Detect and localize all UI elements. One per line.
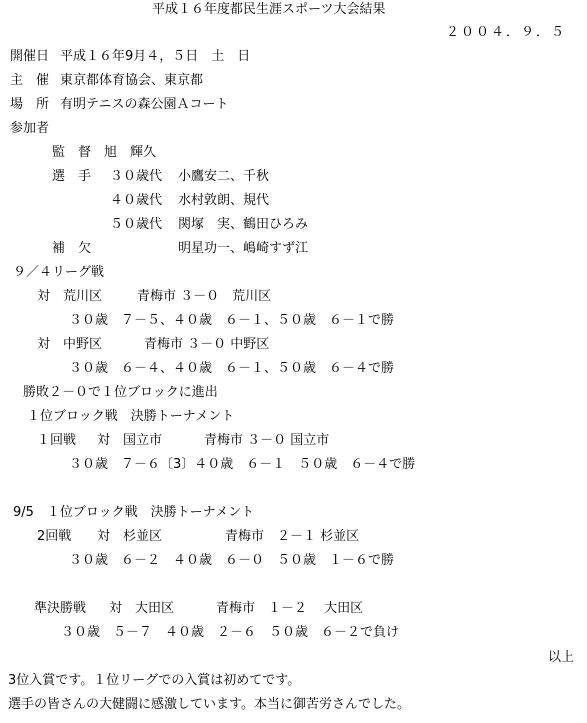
match-detail: ３０歳 ６－４、４０歳 ６－１、５０歳 ６－４で勝: [69, 361, 394, 377]
day1-heading: ９／４リーグ戦: [13, 265, 104, 281]
participant-age: ５０歳代: [110, 217, 162, 233]
match-vs: 対 中野区: [37, 337, 102, 353]
participant-names: 旭 輝久: [104, 145, 156, 161]
match-result: 青梅市 ３－０ 荒川区: [137, 289, 271, 305]
match-detail: ３０歳 ７－５、４０歳 ６－１、５０歳 ６－１で勝: [69, 313, 394, 329]
match-vs: 対 大田区: [109, 601, 174, 617]
match-vs: 対 荒川区: [37, 289, 102, 305]
match-result: 青梅市 ３－０ 中野区: [144, 337, 269, 353]
info-host-label: 主 催: [10, 73, 49, 89]
round-label: 2回戦: [37, 529, 71, 545]
participant-names: 小鷹安二、千秋: [178, 169, 269, 185]
info-venue-value: 有明テニスの森公園Ａコート: [60, 97, 228, 113]
participants-heading: 参加者: [10, 121, 49, 137]
info-venue-label: 場 所: [10, 97, 49, 113]
info-date-label: 開催日: [10, 49, 49, 65]
document-title: 平成１６年度都民生涯スポーツ大会結果: [152, 2, 385, 18]
closing-mark: 以上: [548, 650, 574, 666]
match-detail: ３０歳 ６－２ ４０歳 ６－０ ５０歳 １－６で勝: [69, 553, 394, 569]
participant-role: 監 督: [52, 145, 91, 161]
info-date-value: 平成１６年9月４，５日 土 日: [60, 49, 250, 65]
participant-names: 明星功一、嶋崎すず江: [178, 241, 308, 257]
info-host-value: 東京都体育協会、東京都: [60, 73, 203, 89]
league-summary: 勝敗２－０で１位ブロックに進出: [23, 385, 218, 401]
participant-age: ４０歳代: [110, 193, 162, 209]
tournament-heading: １位ブロック戦 決勝トーナメント: [27, 409, 234, 425]
document-date: ２００４．９．５: [446, 25, 566, 41]
participant-names: 関塚 実、鶴田ひろみ: [178, 217, 308, 233]
remark-line: 選手の皆さんの大健闘に感激しています。本当に御苦労さんでした。: [8, 697, 410, 713]
match-vs: 対 杉並区: [97, 529, 162, 545]
match-detail: ３０歳 ５－７ ４０歳 ２－６ ５０歳 ６－２で負け: [61, 625, 399, 641]
match-result: 青梅市 ２－１ 杉並区: [225, 529, 359, 545]
participant-names: 水村敦朗、規代: [178, 193, 269, 209]
remark-line: 3位入賞です。１位リーグでの入賞は初めてです。: [8, 673, 300, 689]
participant-role: 補 欠: [52, 241, 91, 257]
round-label: １回戦: [37, 433, 76, 449]
match-result: 青梅市 ３－０ 国立市: [204, 433, 329, 449]
round-label: 準決勝戦: [34, 601, 86, 617]
match-detail: ３０歳 ７－６〔3〕４０歳 ６－１ ５０歳 ６－４で勝: [69, 457, 415, 473]
day2-heading: 9/5 １位ブロック戦 決勝トーナメント: [13, 505, 254, 521]
participant-age: ３０歳代: [110, 169, 162, 185]
match-vs: 対 国立市: [97, 433, 162, 449]
participant-role: 選 手: [52, 169, 91, 185]
match-result: 青梅市 １－２ 大田区: [216, 601, 363, 617]
